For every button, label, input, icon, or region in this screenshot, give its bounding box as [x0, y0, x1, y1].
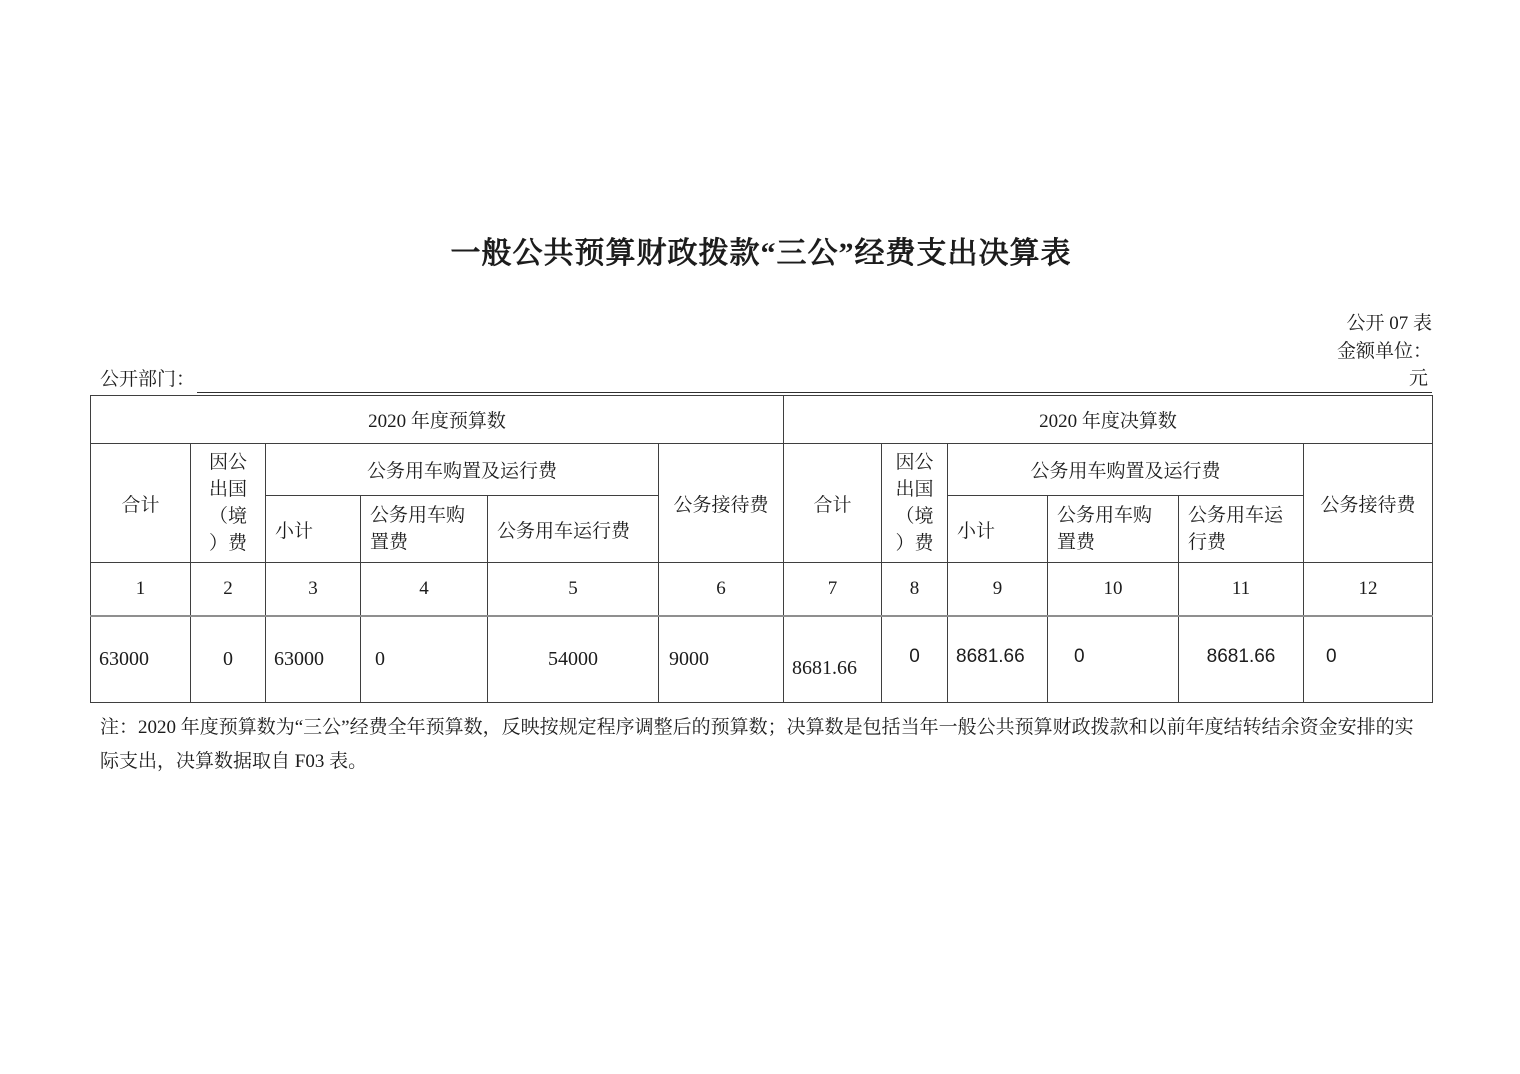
header-vehicle-group-budget: 公务用车购置及运行费: [266, 444, 659, 496]
column-number-row: 1 2 3 4 5 6 7 8 9 10 11 12: [91, 563, 1433, 616]
column-number: 9: [948, 563, 1048, 616]
table-note: 注：2020 年度预算数为“三公”经费全年预算数，反映按规定程序调整后的预算数；…: [90, 711, 1432, 779]
header-vehicle-purchase-final: 公务用车购 置费: [1048, 496, 1179, 563]
column-number: 12: [1304, 563, 1433, 616]
value-subtotal-budget: 63000: [266, 616, 361, 703]
value-abroad-final: 0: [882, 616, 948, 703]
header-reception-budget: 公务接待费: [659, 444, 784, 563]
unit-label: 金额单位：: [90, 338, 1432, 366]
header-subtotal-final: 小计: [948, 496, 1048, 563]
header-vehicle-operation-budget: 公务用车运行费: [488, 496, 659, 563]
header-subtotal-budget: 小计: [266, 496, 361, 563]
header-abroad-final: 因公 出国 （境 ）费: [882, 444, 948, 563]
header-vehicle-operation-final: 公务用车运 行费: [1179, 496, 1304, 563]
value-vehicle-operation-budget: 54000: [488, 616, 659, 703]
column-number: 6: [659, 563, 784, 616]
header-row-top: 合计 因公 出国 （境 ）费 公务用车购置及运行费 公务接待费 合计 因公 出国…: [91, 444, 1433, 496]
document-page: 一般公共预算财政拨款“三公”经费支出决算表 公开 07 表 金额单位： 公开部门…: [0, 0, 1520, 779]
value-total-final: 8681.66: [784, 616, 882, 703]
header-abroad-budget: 因公 出国 （境 ）费: [191, 444, 266, 563]
data-row: 63000 0 63000 0 54000 9000 8681.66 0 868…: [91, 616, 1433, 703]
group-header-final: 2020 年度决算数: [784, 396, 1433, 444]
column-number: 11: [1179, 563, 1304, 616]
table-code-label: 公开 07 表: [90, 310, 1432, 338]
value-subtotal-final: 8681.66: [948, 616, 1048, 703]
value-vehicle-purchase-budget: 0: [361, 616, 488, 703]
group-header-row: 2020 年度预算数 2020 年度决算数: [91, 396, 1433, 444]
column-number: 10: [1048, 563, 1179, 616]
three-public-expenses-table: 2020 年度预算数 2020 年度决算数 合计 因公 出国 （境 ）费 公务用…: [90, 395, 1433, 703]
value-reception-final: 0: [1304, 616, 1433, 703]
column-number: 5: [488, 563, 659, 616]
value-reception-budget: 9000: [659, 616, 784, 703]
header-vehicle-purchase-budget: 公务用车购 置费: [361, 496, 488, 563]
column-number: 8: [882, 563, 948, 616]
column-number: 3: [266, 563, 361, 616]
unit-value: 元: [1409, 368, 1428, 389]
column-number: 7: [784, 563, 882, 616]
column-number: 2: [191, 563, 266, 616]
department-label: 公开部门：: [90, 367, 195, 393]
header-total-final: 合计: [784, 444, 882, 563]
value-abroad-budget: 0: [191, 616, 266, 703]
value-vehicle-operation-final: 8681.66: [1179, 616, 1304, 703]
group-header-budget: 2020 年度预算数: [91, 396, 784, 444]
header-total-budget: 合计: [91, 444, 191, 563]
department-underline: 元: [197, 366, 1432, 393]
column-number: 1: [91, 563, 191, 616]
department-row: 公开部门： 元: [90, 366, 1432, 393]
value-total-budget: 63000: [91, 616, 191, 703]
header-reception-final: 公务接待费: [1304, 444, 1433, 563]
header-vehicle-group-final: 公务用车购置及运行费: [948, 444, 1304, 496]
page-title: 一般公共预算财政拨款“三公”经费支出决算表: [90, 0, 1432, 274]
column-number: 4: [361, 563, 488, 616]
value-vehicle-purchase-final: 0: [1048, 616, 1179, 703]
